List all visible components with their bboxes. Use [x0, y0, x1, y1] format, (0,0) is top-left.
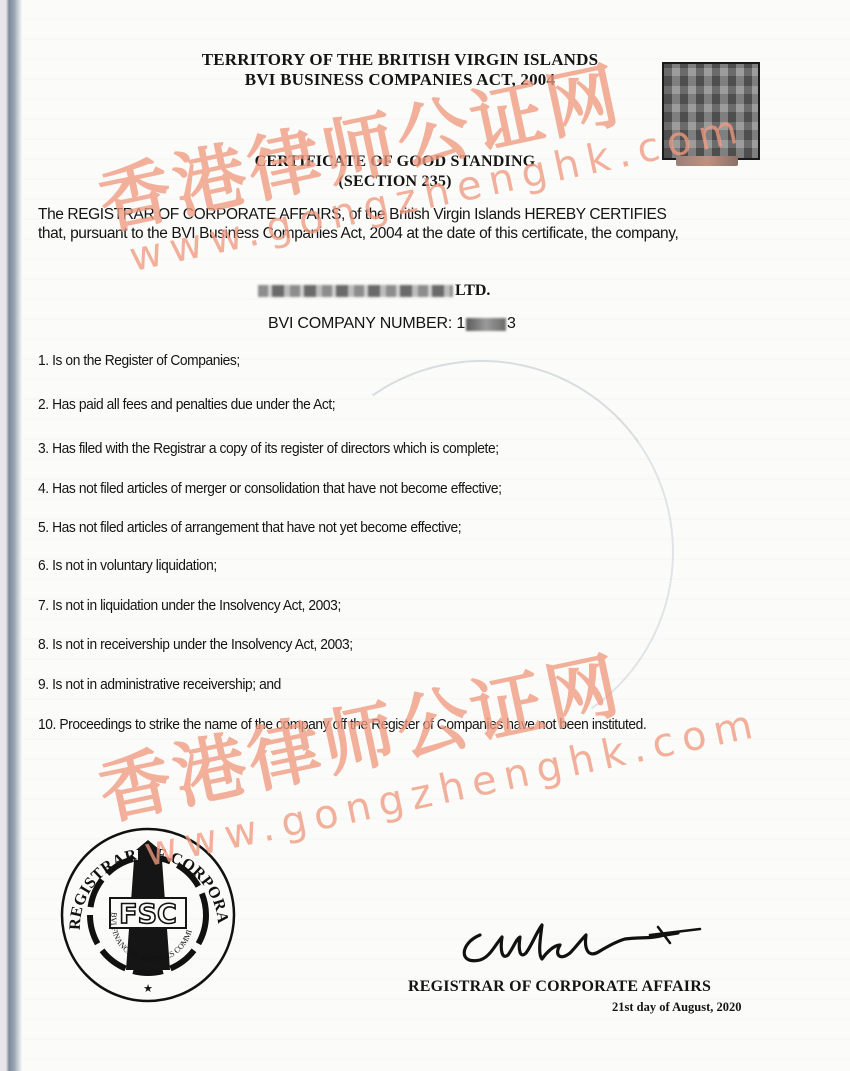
qr-code-redacted — [662, 62, 760, 160]
certificate-title: CERTIFICATE OF GOOD STANDING — [0, 152, 790, 172]
company-name: LTD. — [258, 282, 490, 300]
svg-text:BVI FINANCIAL SERVICES COMMISS: BVI FINANCIAL SERVICES COMMISSION — [52, 820, 194, 964]
certification-statement: The REGISTRAR OF CORPORATE AFFAIRS, of t… — [38, 205, 758, 243]
certification-item-3: 3. Has filed with the Registrar a copy o… — [38, 440, 499, 457]
certification-item-4: 4. Has not filed articles of merger or c… — [38, 480, 502, 497]
registrar-seal-icon: REGISTRAR OF CORPORATE AFFAIRS FSC BVI F… — [52, 820, 242, 1005]
issue-date: 21st day of August, 2020 — [612, 1000, 742, 1015]
company-number-suffix: 3 — [507, 315, 516, 333]
signature-icon — [450, 915, 720, 975]
seal-logo-text: FSC — [119, 899, 177, 930]
seal-inner-text: BVI FINANCIAL SERVICES COMMISSION — [52, 820, 194, 964]
certification-item-2: 2. Has paid all fees and penalties due u… — [38, 396, 335, 413]
intro-line-1: The REGISTRAR OF CORPORATE AFFAIRS, of t… — [38, 205, 758, 224]
certification-item-9: 9. Is not in administrative receivership… — [38, 676, 281, 693]
seal-star-icon: ★ — [143, 982, 153, 995]
company-name-suffix: LTD. — [455, 282, 490, 300]
certification-item-7: 7. Is not in liquidation under the Insol… — [38, 597, 341, 614]
certification-item-10: 10. Proceedings to strike the name of th… — [38, 716, 700, 734]
company-number-redaction — [466, 318, 506, 331]
company-name-redaction — [258, 285, 453, 297]
company-number-label: BVI COMPANY NUMBER: 1 — [268, 315, 465, 333]
signatory-title: REGISTRAR OF CORPORATE AFFAIRS — [408, 978, 711, 996]
certification-item-5: 5. Has not filed articles of arrangement… — [38, 519, 461, 536]
company-number: BVI COMPANY NUMBER: 1 3 — [268, 315, 516, 333]
intro-line-2: that, pursuant to the BVI Business Compa… — [38, 224, 758, 243]
certification-item-1: 1. Is on the Register of Companies; — [38, 352, 240, 369]
certification-item-6: 6. Is not in voluntary liquidation; — [38, 557, 217, 574]
certification-item-8: 8. Is not in receivership under the Inso… — [38, 636, 353, 653]
section-reference: (SECTION 235) — [0, 172, 790, 192]
